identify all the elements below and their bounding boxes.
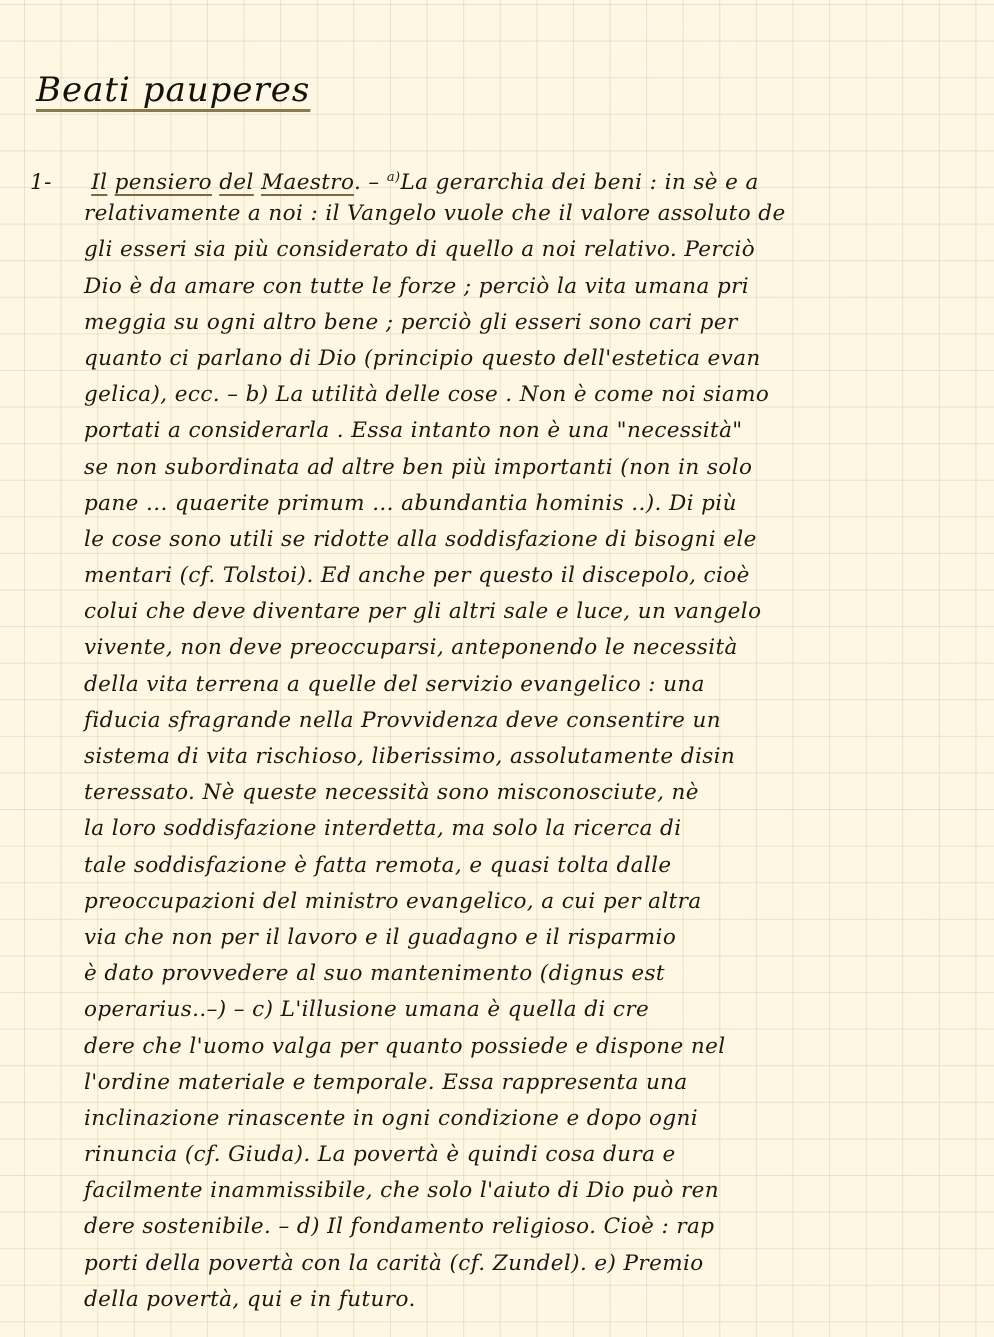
manuscript-line: facilmente inammissibile, che solo l'aiu… [30,1173,985,1209]
manuscript-line: della povertà, qui e in futuro. [30,1282,985,1318]
manuscript-line: mentari (cf. Tolstoi). Ed anche per ques… [30,558,985,594]
manuscript-line: via che non per il lavoro e il guadagno … [30,920,985,956]
manuscript-line: pane ... quaerite primum ... abundantia … [30,486,985,522]
manuscript-line: la loro soddisfazione interdetta, ma sol… [30,811,985,847]
manuscript-line: La gerarchia dei beni : in sè e a [400,170,758,195]
manuscript-line: preoccupazioni del ministro evangelico, … [30,884,985,920]
manuscript-line: tale soddisfazione è fatta remota, e qua… [30,848,985,884]
heading-word: del [219,170,254,195]
manuscript-line: dere che l'uomo valga per quanto possied… [30,1029,985,1065]
heading-word: Maestro [261,170,354,195]
document-title: Beati pauperes [36,70,310,110]
heading-word: pensiero [115,170,212,195]
manuscript-line: fiducia sfragrande nella Provvidenza dev… [30,703,985,739]
manuscript-line: porti della povertà con la carità (cf. Z… [30,1246,985,1282]
manuscript-line: rinuncia (cf. Giuda). La povertà è quind… [30,1137,985,1173]
manuscript-line: dere sostenibile. – d) Il fondamento rel… [30,1209,985,1245]
manuscript-line: è dato provvedere al suo mantenimento (d… [30,956,985,992]
manuscript-page: Beati pauperes 1- Il pensiero del Maestr… [0,0,994,1337]
manuscript-line: colui che deve diventare per gli altri s… [30,594,985,630]
manuscript-line: portati a considerarla . Essa intanto no… [30,413,985,449]
manuscript-line: relativamente a noi : il Vangelo vuole c… [30,196,985,232]
manuscript-line: le cose sono utili se ridotte alla soddi… [30,522,985,558]
manuscript-line: se non subordinata ad altre ben più impo… [30,450,985,486]
manuscript-line: gli esseri sia più considerato di quello… [30,232,985,268]
heading-word: Il [91,170,107,195]
manuscript-line: inclinazione rinascente in ogni condizio… [30,1101,985,1137]
manuscript-line: gelica), ecc. – b) La utilità delle cose… [30,377,985,413]
manuscript-line-heading: 1- Il pensiero del Maestro. – a)La gerar… [30,160,985,196]
manuscript-line: l'ordine materiale e temporale. Essa rap… [30,1065,985,1101]
manuscript-line: vivente, non deve preoccuparsi, antepone… [30,630,985,666]
manuscript-line: quanto ci parlano di Dio (principio ques… [30,341,985,377]
manuscript-line: teressato. Nè queste necessità sono misc… [30,775,985,811]
manuscript-line: operarius..–) – c) L'illusione umana è q… [30,992,985,1028]
heading-suffix: . – [354,170,380,195]
manuscript-line: Dio è da amare con tutte le forze ; perc… [30,269,985,305]
manuscript-line: sistema di vita rischioso, liberissimo, … [30,739,985,775]
marker-a: a) [387,170,401,185]
manuscript-line: della vita terrena a quelle del servizio… [30,667,985,703]
manuscript-body: 1- Il pensiero del Maestro. – a)La gerar… [30,160,985,1318]
manuscript-line: meggia su ogni altro bene ; perciò gli e… [30,305,985,341]
